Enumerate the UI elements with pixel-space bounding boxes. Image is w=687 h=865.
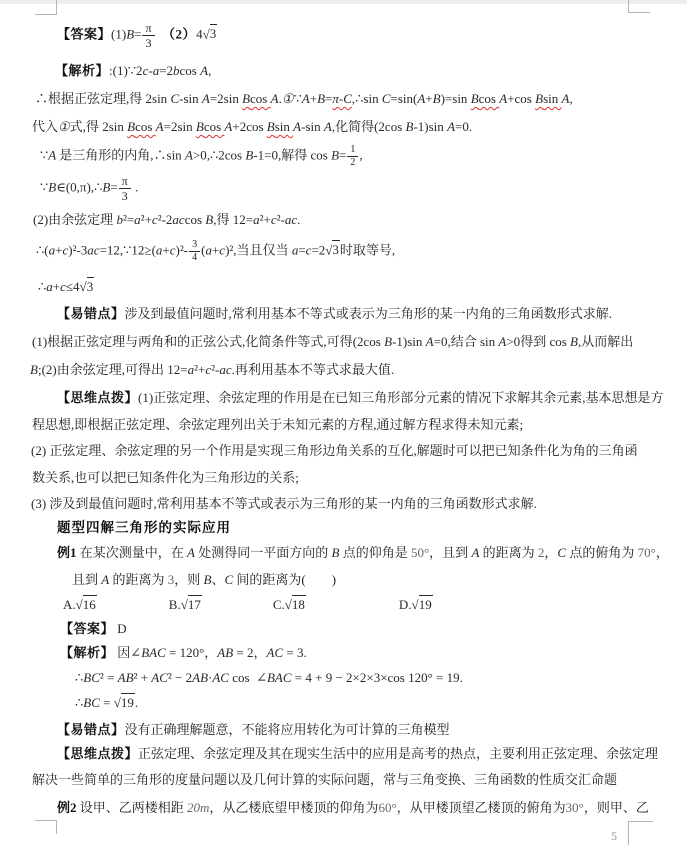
text-segment: 的距离为 bbox=[109, 572, 168, 587]
text-segment: ²- bbox=[277, 212, 285, 227]
text-segment: 程思想,即根据正弦定理、余弦定理列出关于未知元素的方程,通过解方程求得未知元素; bbox=[32, 417, 523, 432]
text-segment: ，且到 bbox=[429, 545, 471, 560]
text-segment: C. bbox=[273, 597, 285, 612]
answer-line: 【答案】(1)B=π3 （2）4√3 bbox=[57, 22, 217, 49]
text-segment: -sin bbox=[179, 91, 202, 106]
radical-sign-icon: √ bbox=[76, 597, 83, 612]
text-segment: 从而解出 bbox=[581, 334, 633, 349]
text-segment: 数关系,也可以把已知条件化为三角形边的关系; bbox=[32, 470, 299, 485]
text-segment: )=sin bbox=[441, 91, 471, 106]
radical-sign-icon: √ bbox=[285, 597, 292, 612]
text-segment: = bbox=[134, 26, 141, 41]
answer-line: 【答案】 D bbox=[60, 620, 127, 637]
crop-mark-bottom-left bbox=[35, 820, 57, 834]
text-line: 且到 A 的距离为 3，则 B、C 间的距离为( ) bbox=[72, 571, 336, 588]
text-segment: B bbox=[127, 119, 135, 134]
text-segment: （2） bbox=[162, 26, 196, 41]
text-segment: (1) bbox=[111, 26, 126, 41]
radicand: 3 bbox=[87, 277, 95, 294]
radical-sign-icon: √ bbox=[80, 279, 87, 294]
text-segment: A bbox=[202, 91, 210, 106]
text-segment: + bbox=[425, 91, 432, 106]
text-segment: 20m bbox=[187, 800, 209, 815]
text-segment: B bbox=[242, 91, 250, 106]
text-segment: B bbox=[331, 147, 339, 162]
text-segment: +2cos bbox=[232, 119, 266, 134]
text-segment: = bbox=[339, 147, 346, 162]
text-segment: cos bbox=[180, 63, 201, 78]
text-line: ∵B∈(0,π),∴B=π3 . bbox=[40, 175, 138, 202]
fraction-numerator: π bbox=[119, 175, 131, 189]
text-segment: ，从乙楼底望甲楼顶的仰角为 bbox=[209, 800, 378, 815]
text-segment: 涉及到最值问题时,常利用基本不等式或表示为三角形的某一内角的三角函数形式求解. bbox=[125, 306, 613, 321]
crop-mark-top-right bbox=[628, 0, 650, 13]
text-segment: A bbox=[293, 119, 301, 134]
text-segment: A bbox=[156, 119, 164, 134]
text-segment: A bbox=[302, 91, 310, 106]
text-segment: ∠ bbox=[130, 645, 141, 660]
text-segment: (2) bbox=[31, 443, 49, 458]
thinking-tip-line: 【思维点拨】正弦定理、余弦定理及其在现实生活中的应用是高考的热点，主要利用正弦定… bbox=[57, 745, 658, 762]
text-segment: 【易错点】 bbox=[57, 306, 125, 321]
text-segment: 【思维点拨】 bbox=[57, 390, 138, 405]
crop-mark-bottom-right bbox=[628, 821, 653, 845]
text-segment: cos bbox=[204, 119, 225, 134]
radical-expression: √19 bbox=[412, 595, 433, 612]
text-segment: BC bbox=[83, 670, 100, 685]
text-segment: BC bbox=[83, 695, 100, 710]
text-segment: 的距离为 bbox=[479, 545, 538, 560]
text-segment: =2 bbox=[159, 63, 173, 78]
text-segment: . bbox=[132, 179, 139, 194]
text-segment: A bbox=[447, 119, 455, 134]
text-segment: AC bbox=[151, 670, 168, 685]
text-segment: ,∴sin bbox=[352, 91, 382, 106]
text-segment: 解得 bbox=[281, 147, 310, 162]
text-segment: = bbox=[100, 695, 114, 710]
text-segment: 【解析】 bbox=[60, 645, 114, 660]
text-segment: ∴根据正弦定理,得 bbox=[35, 91, 146, 106]
text-segment: A bbox=[426, 334, 434, 349]
text-segment: ²+ bbox=[141, 212, 152, 227]
text-segment: cos bbox=[549, 334, 570, 349]
text-segment: . bbox=[135, 695, 138, 710]
thinking-tip-line: 【思维点拨】(1)正弦定理、余弦定理的作用是在已知三角形部分元素的情况下求解其余… bbox=[57, 389, 663, 406]
text-segment: BAC bbox=[141, 645, 166, 660]
window-edge-strip bbox=[0, 0, 687, 4]
text-segment: ac bbox=[172, 212, 184, 227]
text-segment: 题型四解三角形的实际应用 bbox=[57, 520, 231, 535]
text-segment: ² + bbox=[134, 670, 152, 685]
text-segment: AC bbox=[267, 645, 284, 660]
text-segment: ≤4 bbox=[66, 279, 80, 294]
text-segment: 因 bbox=[114, 645, 130, 660]
text-segment: cos bbox=[185, 212, 206, 227]
text-segment: B bbox=[433, 91, 441, 106]
text-segment: 根据正弦定理与两角和的正弦公式,化简条件等式,可得 bbox=[47, 334, 353, 349]
text-segment: (2) bbox=[33, 212, 48, 227]
text-segment: )²- bbox=[176, 242, 189, 257]
text-segment: 代入 bbox=[32, 119, 58, 134]
text-segment: 2sin bbox=[146, 91, 171, 106]
text-line: 程思想,即根据正弦定理、余弦定理列出关于未知元素的方程,通过解方程求得未知元素; bbox=[32, 416, 523, 433]
text-segment: -1)sin bbox=[392, 334, 426, 349]
fraction-numerator: 1 bbox=[347, 145, 358, 157]
fraction: 34 bbox=[189, 240, 200, 263]
example1-line: 例1 在某次测量中，在 A 处测得同一平面方向的 B 点的仰角是 50°，且到 … bbox=[57, 544, 669, 561]
text-segment: 、 bbox=[211, 572, 224, 587]
text-segment: A bbox=[48, 147, 59, 162]
radicand: 18 bbox=[292, 595, 306, 612]
text-segment: 是三角形的内角, bbox=[59, 147, 153, 162]
text-segment: ac bbox=[87, 242, 99, 257]
text-segment: cos bbox=[135, 119, 156, 134]
radicand: 17 bbox=[188, 595, 202, 612]
text-segment: 且到 bbox=[72, 572, 101, 587]
text-segment: 解决一些简单的三角形的度量问题以及几何计算的实际问题，常与三角变换、三角函数的性… bbox=[32, 772, 617, 787]
text-segment: 例2 bbox=[57, 800, 77, 815]
text-line: ∵A 是三角形的内角,∴sin A>0,∴2cos B-1=0,解得 cos B… bbox=[40, 145, 363, 168]
text-segment: >0,∴2cos bbox=[193, 147, 245, 162]
text-segment: ²= bbox=[123, 212, 134, 227]
text-segment: AB bbox=[118, 670, 134, 685]
fraction: 12 bbox=[347, 145, 358, 168]
fraction: π3 bbox=[142, 22, 154, 49]
text-segment: , bbox=[208, 63, 211, 78]
text-segment: = bbox=[110, 179, 117, 194]
crop-mark-top-left bbox=[35, 0, 57, 15]
text-segment: )², bbox=[225, 242, 236, 257]
text-segment: C bbox=[170, 91, 179, 106]
text-segment: (1) bbox=[32, 334, 47, 349]
text-segment: 得 bbox=[217, 212, 233, 227]
text-line: (2)由余弦定理 b²=a²+c²-2accos B,得 12=a²+c²-ac… bbox=[33, 211, 300, 228]
text-segment: ， bbox=[656, 545, 669, 560]
text-segment: B bbox=[535, 91, 543, 106]
text-segment: 没有正确理解题意，不能将应用转化为可计算的三角模型 bbox=[125, 722, 450, 737]
text-segment: cos bbox=[310, 147, 331, 162]
text-segment: B bbox=[126, 26, 134, 41]
radical-expression: √16 bbox=[76, 595, 97, 612]
text-segment: = 120°， bbox=[166, 645, 218, 660]
text-segment: 涉及到最值问题时,常利用基本不等式或表示为三角形的某一内角的三角函数形式求解. bbox=[49, 496, 537, 511]
radicand: 16 bbox=[83, 595, 97, 612]
text-segment: A bbox=[185, 147, 193, 162]
radical-sign-icon: √ bbox=[203, 26, 210, 41]
text-segment: BAC bbox=[267, 670, 292, 685]
text-segment: ² − 2 bbox=[168, 670, 192, 685]
text-segment: A bbox=[271, 91, 279, 106]
text-segment: =2sin bbox=[210, 91, 242, 106]
text-segment: 得到 bbox=[520, 334, 549, 349]
fraction-denominator: 4 bbox=[189, 252, 200, 263]
text-segment: A bbox=[187, 545, 195, 560]
analysis-line: 【解析】:(1)∵2c-a=2bcos A, bbox=[55, 62, 211, 79]
text-segment: 结合 bbox=[451, 334, 480, 349]
text-segment: 【易错点】 bbox=[57, 722, 125, 737]
text-segment: 正弦定理、余弦定理的作用是在已知三角形部分元素的情况下求解其余元素,基本思想是方 bbox=[153, 390, 663, 405]
text-segment: 例1 bbox=[57, 545, 77, 560]
text-segment: ²-2 bbox=[158, 212, 173, 227]
text-segment: 时取等号, bbox=[340, 242, 395, 257]
text-segment: B bbox=[471, 91, 479, 106]
fraction-numerator: 3 bbox=[189, 240, 200, 252]
analysis-line: 【解析】 因∠BAC = 120°，AB = 2，AC = 3. bbox=[60, 644, 307, 661]
radical-expression: √3 bbox=[80, 277, 95, 294]
text-segment: )²-3 bbox=[68, 242, 87, 257]
text-line: ∴BC² = AB² + AC² − 2AB·AC cos ∠BAC = 4 +… bbox=[75, 669, 463, 686]
text-segment: = 2， bbox=[233, 645, 266, 660]
text-line: ∴BC = √19. bbox=[75, 694, 138, 711]
text-line: (3) 涉及到最值问题时,常利用基本不等式或表示为三角形的某一内角的三角函数形式… bbox=[31, 495, 537, 512]
text-segment: 再利用基本不等式求最大值. bbox=[235, 362, 394, 377]
text-segment: 在某次测量中，在 bbox=[77, 545, 188, 560]
radical-expression: √3 bbox=[325, 240, 340, 257]
text-segment: B bbox=[384, 334, 392, 349]
text-segment: . bbox=[297, 212, 300, 227]
text-line: 数关系,也可以把已知条件化为三角形边的关系; bbox=[32, 469, 299, 486]
text-segment: ，则 bbox=[174, 572, 203, 587]
text-segment: ∈(0,π),∴ bbox=[56, 179, 102, 194]
page-number: 5 bbox=[611, 829, 617, 844]
text-segment: (3) bbox=[31, 496, 49, 511]
fraction-denominator: 2 bbox=[347, 157, 358, 168]
text-segment: A bbox=[324, 119, 332, 134]
text-segment: 70° bbox=[638, 545, 656, 560]
radical-sign-icon: √ bbox=[181, 597, 188, 612]
text-segment: C bbox=[224, 572, 233, 587]
text-segment: 12= bbox=[233, 212, 253, 227]
text-segment: ， bbox=[544, 545, 557, 560]
text-segment: sin bbox=[543, 91, 561, 106]
text-segment: B bbox=[267, 119, 275, 134]
text-line: ∴(a+c)²-3ac=12,∵12≥(a+c)²-34(a+c)²,当且仅当 … bbox=[36, 240, 395, 263]
text-segment: AC bbox=[212, 670, 229, 685]
text-segment: =2 bbox=[311, 242, 325, 257]
text-segment: sin bbox=[480, 334, 498, 349]
text-segment: (2cos bbox=[353, 334, 384, 349]
text-line: ∴根据正弦定理,得 2sin C-sin A=2sin Bcos A.①∵A+B… bbox=[35, 90, 573, 107]
text-segment: ∴sin bbox=[154, 147, 185, 162]
text-segment: ac bbox=[219, 362, 231, 377]
text-segment: 正弦定理、余弦定理及其在现实生活中的应用是高考的热点，主要利用正弦定理、余弦定理 bbox=[138, 746, 658, 761]
text-line: (2) 正弦定理、余弦定理的另一个作用是实现三角形边角关系的互化,解题时可以把已… bbox=[31, 442, 638, 459]
text-segment: -sin bbox=[301, 119, 324, 134]
text-segment: ① bbox=[282, 91, 294, 106]
radical-expression: √19 bbox=[114, 693, 135, 710]
radical-expression: √3 bbox=[203, 24, 218, 41]
text-line: ∴a+c≤4√3 bbox=[38, 278, 94, 295]
text-segment: ²+ bbox=[194, 362, 205, 377]
example2-line: 例2 设甲、乙两楼相距 20m，从乙楼底望甲楼顶的仰角为60°，从甲楼顶望乙楼顶… bbox=[57, 799, 649, 816]
text-segment: C bbox=[382, 91, 391, 106]
text-segment: + bbox=[310, 91, 317, 106]
text-segment: 点的仰角是 bbox=[339, 545, 411, 560]
fraction-numerator: π bbox=[142, 22, 154, 36]
text-segment: B bbox=[30, 362, 38, 377]
radical-sign-icon: √ bbox=[412, 597, 419, 612]
text-segment: =0, bbox=[434, 334, 451, 349]
text-segment: cos bbox=[250, 91, 271, 106]
text-segment: 【解析】 bbox=[55, 63, 109, 78]
options-line: A.√16B.√17C.√18D.√19 bbox=[63, 596, 433, 613]
text-segment: 式,得 bbox=[70, 119, 103, 134]
text-segment: sin bbox=[275, 119, 293, 134]
text-segment: >0 bbox=[506, 334, 520, 349]
text-segment: ① bbox=[58, 119, 70, 134]
text-line: B;(2)由余弦定理,可得出 12=a²+c²-ac.再利用基本不等式求最大值. bbox=[30, 361, 394, 378]
text-segment: 【答案】 bbox=[57, 26, 111, 41]
text-segment: AB bbox=[217, 645, 233, 660]
radicand: 3 bbox=[210, 24, 218, 41]
text-segment: 30° bbox=[566, 800, 584, 815]
text-segment: A bbox=[499, 91, 507, 106]
text-segment: ²+ bbox=[260, 212, 271, 227]
text-segment: π-C bbox=[332, 91, 352, 106]
text-segment: 当且仅当 bbox=[237, 242, 292, 257]
text-segment: 点的俯角为 bbox=[566, 545, 638, 560]
text-segment: =12,∵12≥( bbox=[100, 242, 156, 257]
radicand: 3 bbox=[332, 240, 340, 257]
error-point-line: 【易错点】涉及到最值问题时,常利用基本不等式或表示为三角形的某一内角的三角函数形… bbox=[57, 305, 612, 322]
text-segment: (1) bbox=[138, 390, 153, 405]
text-segment: =2sin bbox=[164, 119, 196, 134]
fraction-denominator: 3 bbox=[119, 189, 131, 202]
text-segment: C bbox=[557, 545, 566, 560]
text-segment: , bbox=[569, 91, 572, 106]
text-segment: 12= bbox=[167, 362, 187, 377]
text-segment: -1)sin bbox=[413, 119, 447, 134]
section-heading: 题型四解三角形的实际应用 bbox=[57, 519, 231, 536]
text-segment: ，从甲楼顶望乙楼顶的俯角为 bbox=[397, 800, 566, 815]
text-segment: ∵ bbox=[293, 91, 301, 106]
radical-expression: √18 bbox=[285, 595, 306, 612]
text-segment: 2sin bbox=[102, 119, 127, 134]
text-segment: =sin( bbox=[391, 91, 418, 106]
text-segment: 50° bbox=[411, 545, 429, 560]
text-segment: ² = bbox=[100, 670, 118, 685]
text-segment: 化简得 bbox=[335, 119, 374, 134]
text-segment: B bbox=[570, 334, 578, 349]
radical-sign-icon: √ bbox=[114, 695, 121, 710]
document-page: 5 【答案】(1)B=π3 （2）4√3【解析】:(1)∵2c-a=2bcos … bbox=[0, 0, 687, 865]
text-segment: ;(2) bbox=[38, 362, 57, 377]
text-segment: 处测得同一平面方向的 bbox=[195, 545, 332, 560]
text-segment: AB bbox=[192, 670, 208, 685]
text-segment: D. bbox=[399, 597, 412, 612]
text-segment: D bbox=[114, 621, 127, 636]
text-segment: = 3. bbox=[283, 645, 307, 660]
radicand: 19 bbox=[121, 693, 135, 710]
radicand: 19 bbox=[419, 595, 433, 612]
fraction-denominator: 3 bbox=[142, 36, 154, 49]
text-segment: 【思维点拨】 bbox=[57, 746, 138, 761]
text-segment: = bbox=[298, 242, 305, 257]
text-segment: (2cos bbox=[374, 119, 405, 134]
text-segment: 设甲、乙两楼相距 bbox=[77, 800, 188, 815]
text-segment: A. bbox=[63, 597, 76, 612]
text-line: 代入①式,得 2sin Bcos A=2sin Bcos A+2cos Bsin… bbox=[32, 118, 472, 135]
text-segment: 正弦定理、余弦定理的另一个作用是实现三角形边角关系的互化,解题时可以把已知条件化… bbox=[49, 443, 637, 458]
text-line: 解决一些简单的三角形的度量问题以及几何计算的实际问题，常与三角变换、三角函数的性… bbox=[32, 771, 617, 788]
text-segment: ，则甲、乙 bbox=[584, 800, 649, 815]
text-segment: = 4 + 9 − 2×2×3×cos 120° = 19. bbox=[292, 670, 463, 685]
text-segment: +cos bbox=[507, 91, 535, 106]
text-segment: B bbox=[196, 119, 204, 134]
text-line: (1)根据正弦定理与两角和的正弦公式,化简条件等式,可得(2cos B-1)si… bbox=[32, 333, 633, 350]
text-segment: 间的距离为( ) bbox=[233, 572, 336, 587]
text-segment: + bbox=[162, 242, 169, 257]
text-segment: B. bbox=[169, 597, 181, 612]
radical-expression: √17 bbox=[181, 595, 202, 612]
text-segment: =0. bbox=[455, 119, 472, 134]
text-segment: , bbox=[359, 147, 362, 162]
text-segment: ac bbox=[285, 212, 297, 227]
text-segment: A bbox=[200, 63, 208, 78]
text-segment: B bbox=[317, 91, 325, 106]
text-segment: 60° bbox=[378, 800, 396, 815]
text-segment: cos bbox=[479, 91, 500, 106]
text-segment: -1=0, bbox=[253, 147, 281, 162]
text-segment: 【答案】 bbox=[60, 621, 114, 636]
text-segment: cos ∠ bbox=[229, 670, 267, 685]
text-segment: 由余弦定理,可得出 bbox=[57, 362, 168, 377]
text-segment: :(1)∵2 bbox=[109, 63, 143, 78]
fraction: π3 bbox=[119, 175, 131, 202]
text-segment: 由余弦定理 bbox=[48, 212, 116, 227]
error-point-line: 【易错点】没有正确理解题意，不能将应用转化为可计算的三角模型 bbox=[57, 721, 450, 738]
text-segment: ∴( bbox=[36, 242, 49, 257]
